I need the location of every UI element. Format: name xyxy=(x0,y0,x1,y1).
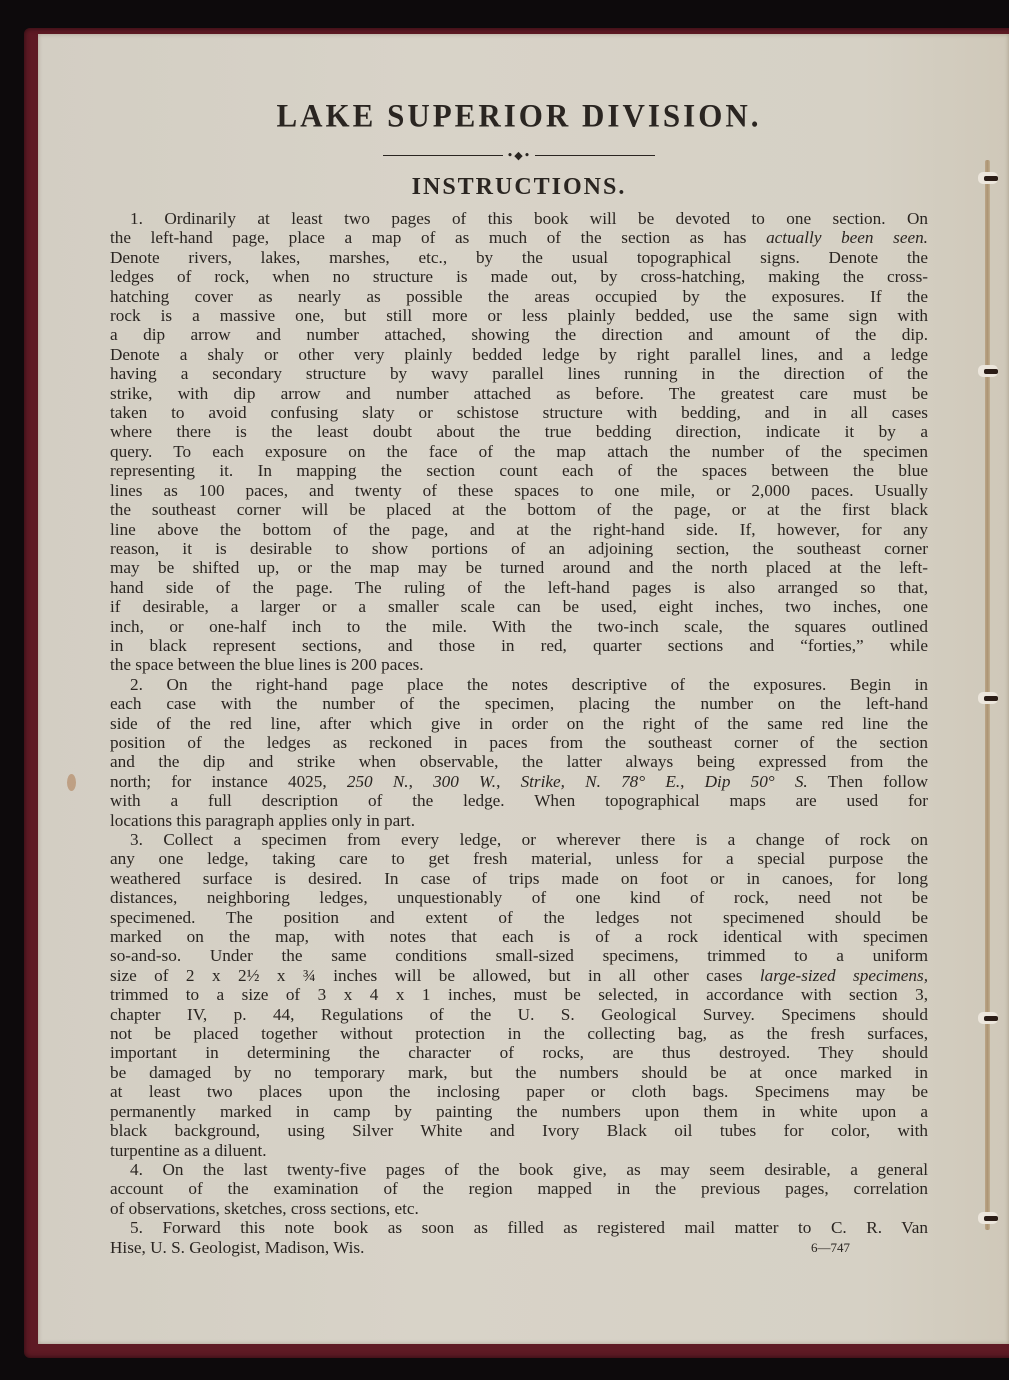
instruction-paragraph: 2. On the right-hand page place the note… xyxy=(110,675,928,830)
text-line: may be shifted up, or the map may be tur… xyxy=(110,558,928,577)
instruction-paragraph: 5. Forward this note book as soon as fil… xyxy=(110,1218,928,1237)
text-line: reason, it is desirable to show portions… xyxy=(110,539,928,558)
text-line: 5. Forward this note book as soon as fil… xyxy=(110,1218,928,1237)
binding-stitch xyxy=(978,1212,998,1224)
text-line: in black represent sections, and those i… xyxy=(110,636,928,655)
text-line: Denote rivers, lakes, marshes, etc., by … xyxy=(110,248,928,267)
text-line: black background, using Silver White and… xyxy=(110,1121,928,1140)
text-line: a dip arrow and number attached, showing… xyxy=(110,325,928,344)
text-line: Denote a shaly or other very plainly bed… xyxy=(110,345,928,364)
binding-stitch xyxy=(978,172,998,184)
binding-stitch xyxy=(978,365,998,377)
text-line: having a secondary structure by wavy par… xyxy=(110,364,928,383)
binding-stitch xyxy=(978,692,998,704)
text-line: position of the ledges as reckoned in pa… xyxy=(110,733,928,752)
text-line: turpentine as a diluent. xyxy=(110,1141,928,1160)
text-line: the left-hand page, place a map of as mu… xyxy=(110,228,928,247)
text-line: any one ledge, taking care to get fresh … xyxy=(110,849,928,868)
text-line: chapter IV, p. 44, Regulations of the U.… xyxy=(110,1005,928,1024)
text-line: account of the examination of the region… xyxy=(110,1179,928,1198)
text-line: 4. On the last twenty-five pages of the … xyxy=(110,1160,928,1179)
text-line: specimened. The position and extent of t… xyxy=(110,908,928,927)
text-line: representing it. In mapping the section … xyxy=(110,461,928,480)
text-line: be damaged by no temporary mark, but the… xyxy=(110,1063,928,1082)
text-line: ledges of rock, when no structure is mad… xyxy=(110,267,928,286)
instruction-paragraph: 4. On the last twenty-five pages of the … xyxy=(110,1160,928,1218)
text-line: 3. Collect a specimen from every ledge, … xyxy=(110,830,928,849)
text-line: if desirable, a larger or a smaller scal… xyxy=(110,597,928,616)
text-line: where there is the least doubt about the… xyxy=(110,422,928,441)
title-ornament: •◆• xyxy=(110,146,928,164)
text-line: size of 2 x 2½ x ¾ inches will be allowe… xyxy=(110,966,928,985)
text-line: lines as 100 paces, and twenty of these … xyxy=(110,481,928,500)
text-line: the southeast corner will be placed at t… xyxy=(110,500,928,519)
page-content: LAKE SUPERIOR DIVISION. •◆• INSTRUCTIONS… xyxy=(110,90,928,1257)
text-line: and the dip and strike when observable, … xyxy=(110,752,928,771)
text-line: 1. Ordinarily at least two pages of this… xyxy=(110,209,928,228)
text-line: so-and-so. Under the same conditions sma… xyxy=(110,946,928,965)
text-line: side of the red line, after which give i… xyxy=(110,714,928,733)
binding-stitch xyxy=(978,1012,998,1024)
text-line: rock is a massive one, but still more or… xyxy=(110,306,928,325)
text-line: with a full description of the ledge. Wh… xyxy=(110,791,928,810)
paper-stain xyxy=(67,774,76,791)
text-line: marked on the map, with notes that each … xyxy=(110,927,928,946)
page-title: LAKE SUPERIOR DIVISION. xyxy=(110,89,928,144)
text-line: line above the bottom of the page, and a… xyxy=(110,520,928,539)
text-line: not be placed together without protectio… xyxy=(110,1024,928,1043)
text-line: query. To each exposure on the face of t… xyxy=(110,442,928,461)
text-line: strike, with dip arrow and number attach… xyxy=(110,384,928,403)
text-line: inch, or one-half inch to the mile. With… xyxy=(110,617,928,636)
text-line: important in determining the character o… xyxy=(110,1043,928,1062)
instructions-list: 1. Ordinarily at least two pages of this… xyxy=(110,209,928,1238)
text-line: permanently marked in camp by painting t… xyxy=(110,1102,928,1121)
text-line: distances, neighboring ledges, unquestio… xyxy=(110,888,928,907)
ornament-rule-right xyxy=(535,155,655,156)
text-line: of observations, sketches, cross section… xyxy=(110,1199,928,1218)
page-footer: Hise, U. S. Geologist, Madison, Wis. 6—7… xyxy=(110,1238,928,1257)
text-line: weathered surface is desired. In case of… xyxy=(110,869,928,888)
text-line: the space between the blue lines is 200 … xyxy=(110,655,928,674)
text-line: trimmed to a size of 3 x 4 x 1 inches, m… xyxy=(110,985,928,1004)
section-heading: INSTRUCTIONS. xyxy=(110,174,928,201)
text-line: each case with the number of the specime… xyxy=(110,694,928,713)
text-line: locations this paragraph applies only in… xyxy=(110,811,928,830)
text-line: 2. On the right-hand page place the note… xyxy=(110,675,928,694)
ornament-rule-left xyxy=(383,155,503,156)
text-line: at least two places upon the inclosing p… xyxy=(110,1082,928,1101)
text-line: taken to avoid confusing slaty or schist… xyxy=(110,403,928,422)
text-line: hand side of the page. The ruling of the… xyxy=(110,578,928,597)
footer-address: Hise, U. S. Geologist, Madison, Wis. xyxy=(110,1238,364,1257)
text-line: north; for instance 4025, 250 N., 300 W.… xyxy=(110,772,928,791)
instruction-paragraph: 1. Ordinarily at least two pages of this… xyxy=(110,209,928,675)
diamond-ornament-icon: •◆• xyxy=(507,149,531,162)
text-line: hatching cover as nearly as possible the… xyxy=(110,287,928,306)
form-number: 6—747 xyxy=(811,1238,928,1257)
instruction-paragraph: 3. Collect a specimen from every ledge, … xyxy=(110,830,928,1160)
